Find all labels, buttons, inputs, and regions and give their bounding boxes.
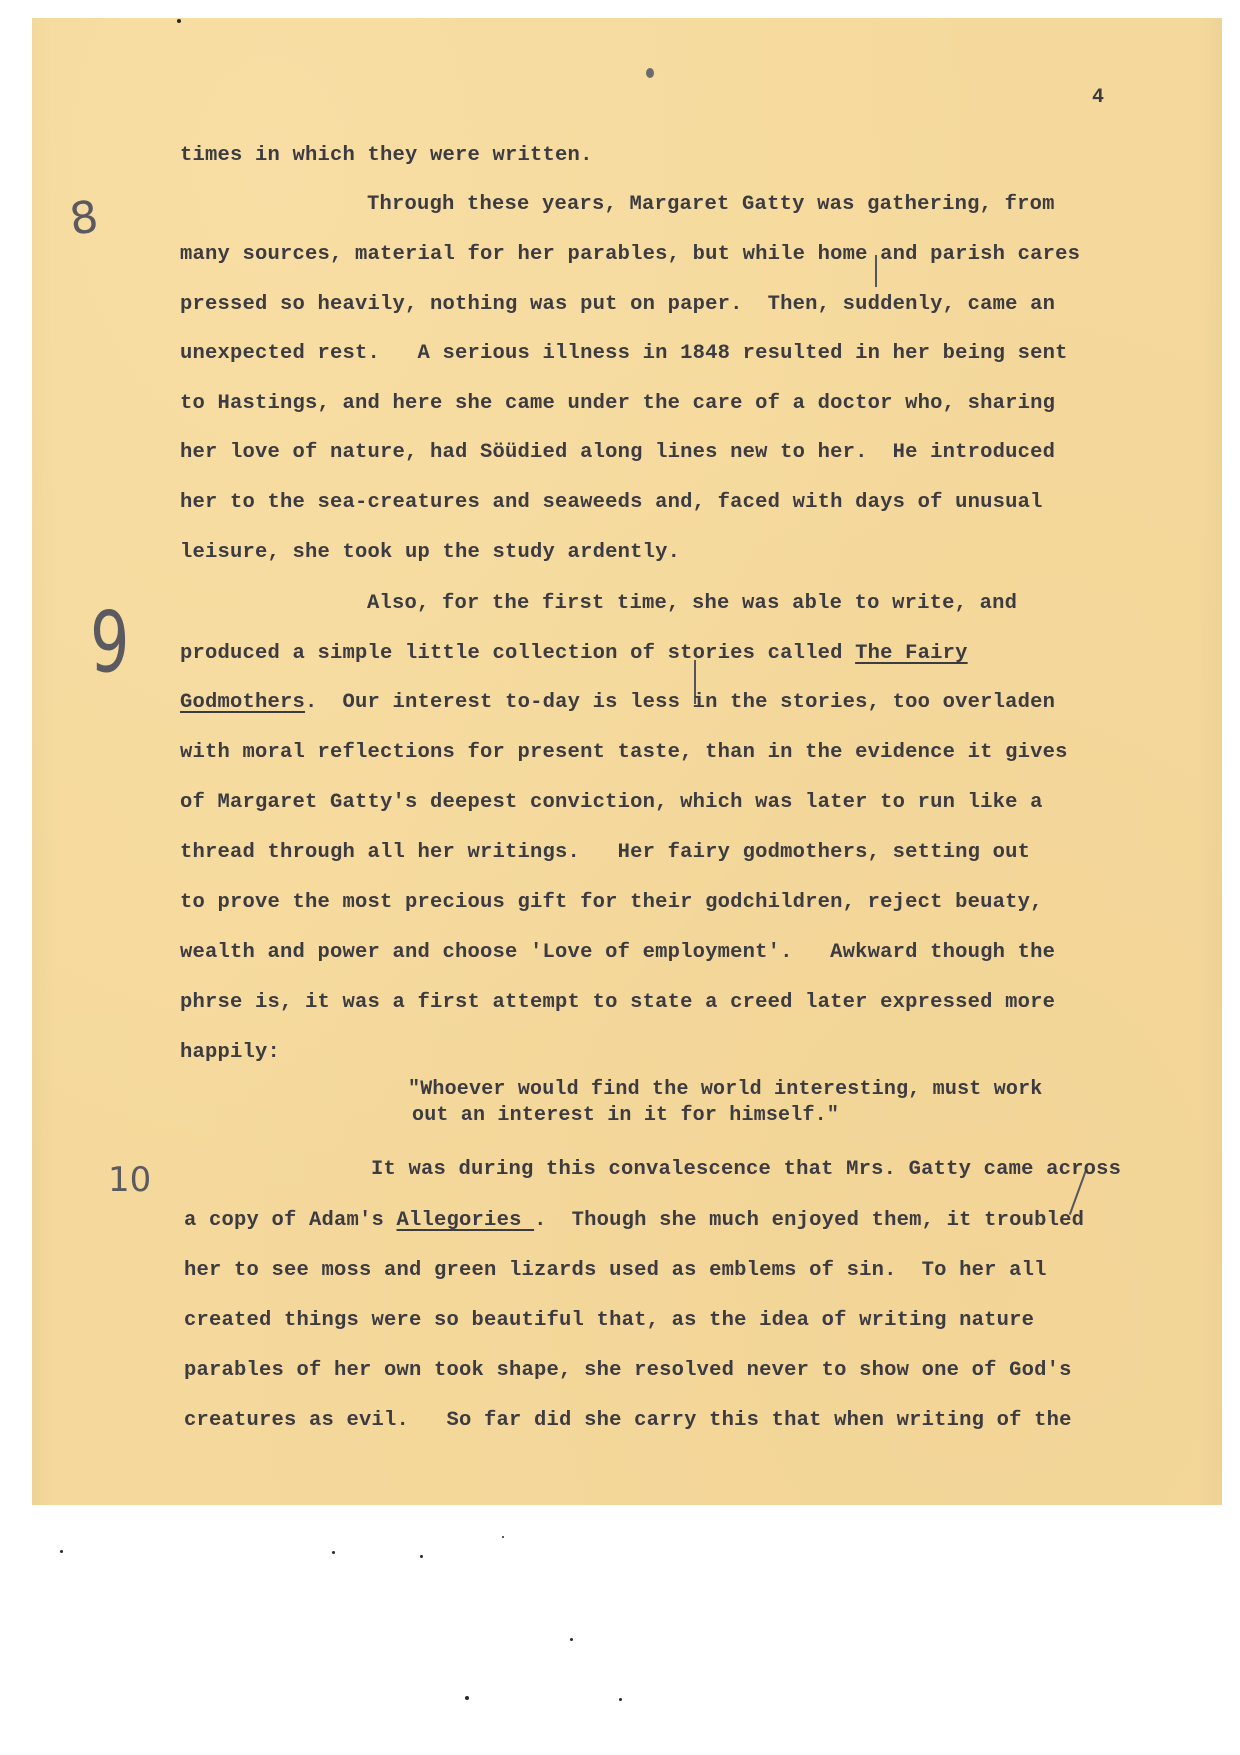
text-line: Godmothers. Our interest to-day is less …	[180, 693, 1055, 714]
page-smudge	[646, 68, 654, 78]
text-line: her love of nature, had Söüdied along li…	[180, 443, 1055, 464]
page-number: 4	[1092, 86, 1104, 109]
scan-speck	[60, 1550, 63, 1553]
block-quote-line: out an interest in it for himself."	[412, 1106, 839, 1126]
text-line: to Hastings, and here she came under the…	[180, 394, 1055, 415]
text-line: Through these years, Margaret Gatty was …	[367, 195, 1055, 216]
text-line: pressed so heavily, nothing was put on p…	[180, 295, 1055, 316]
scan-speck	[332, 1551, 335, 1554]
text-line: Also, for the first time, she was able t…	[367, 594, 1017, 615]
text-line: a copy of Adam's Allegories . Though she…	[184, 1211, 1084, 1232]
text-line: her to the sea-creatures and seaweeds an…	[180, 493, 1043, 514]
text-line: produced a simple little collection of s…	[180, 644, 968, 665]
text-segment: . Our interest to-day is less in the sto…	[305, 691, 1055, 714]
text-line: leisure, she took up the study ardently.	[180, 543, 680, 564]
book-title-underlined: Godmothers	[180, 691, 305, 714]
margin-annotation-10: 10	[108, 1160, 151, 1200]
scan-speck	[420, 1555, 423, 1558]
margin-annotation-8: 8	[67, 191, 102, 245]
text-line: happily:	[180, 1043, 280, 1064]
text-line: times in which they were written.	[180, 146, 593, 167]
book-title-underlined: The Fairy	[855, 642, 968, 665]
text-line: with moral reflections for present taste…	[180, 743, 1068, 764]
text-line: wealth and power and choose 'Love of emp…	[180, 943, 1055, 964]
text-line: thread through all her writings. Her fai…	[180, 843, 1030, 864]
book-title-underlined: Allegories	[397, 1209, 535, 1232]
text-line: unexpected rest. A serious illness in 18…	[180, 344, 1068, 365]
text-line: phrse is, it was a first attempt to stat…	[180, 993, 1055, 1014]
text-line: her to see moss and green lizards used a…	[184, 1261, 1047, 1282]
scan-speck	[465, 1696, 469, 1700]
text-line: parables of her own took shape, she reso…	[184, 1361, 1072, 1382]
typescript-page: 4 8 9 10 times in which they were writte…	[32, 18, 1222, 1505]
text-segment: produced a simple little collection of s…	[180, 642, 855, 665]
block-quote-line: "Whoever would find the world interestin…	[408, 1080, 1043, 1100]
text-line: of Margaret Gatty's deepest conviction, …	[180, 793, 1043, 814]
text-line: creatures as evil. So far did she carry …	[184, 1411, 1072, 1432]
text-line: created things were so beautiful that, a…	[184, 1311, 1034, 1332]
text-line: to prove the most precious gift for thei…	[180, 893, 1043, 914]
text-segment: . Though she much enjoyed them, it troub…	[534, 1209, 1084, 1232]
scan-speck	[570, 1638, 573, 1641]
text-line: many sources, material for her parables,…	[180, 245, 1080, 266]
text-line: It was during this convalescence that Mr…	[371, 1160, 1121, 1181]
scan-speck	[619, 1698, 622, 1701]
text-segment: a copy of Adam's	[184, 1209, 397, 1232]
page-speck	[177, 19, 181, 23]
margin-annotation-9: 9	[90, 593, 129, 692]
scan-speck	[502, 1536, 504, 1538]
